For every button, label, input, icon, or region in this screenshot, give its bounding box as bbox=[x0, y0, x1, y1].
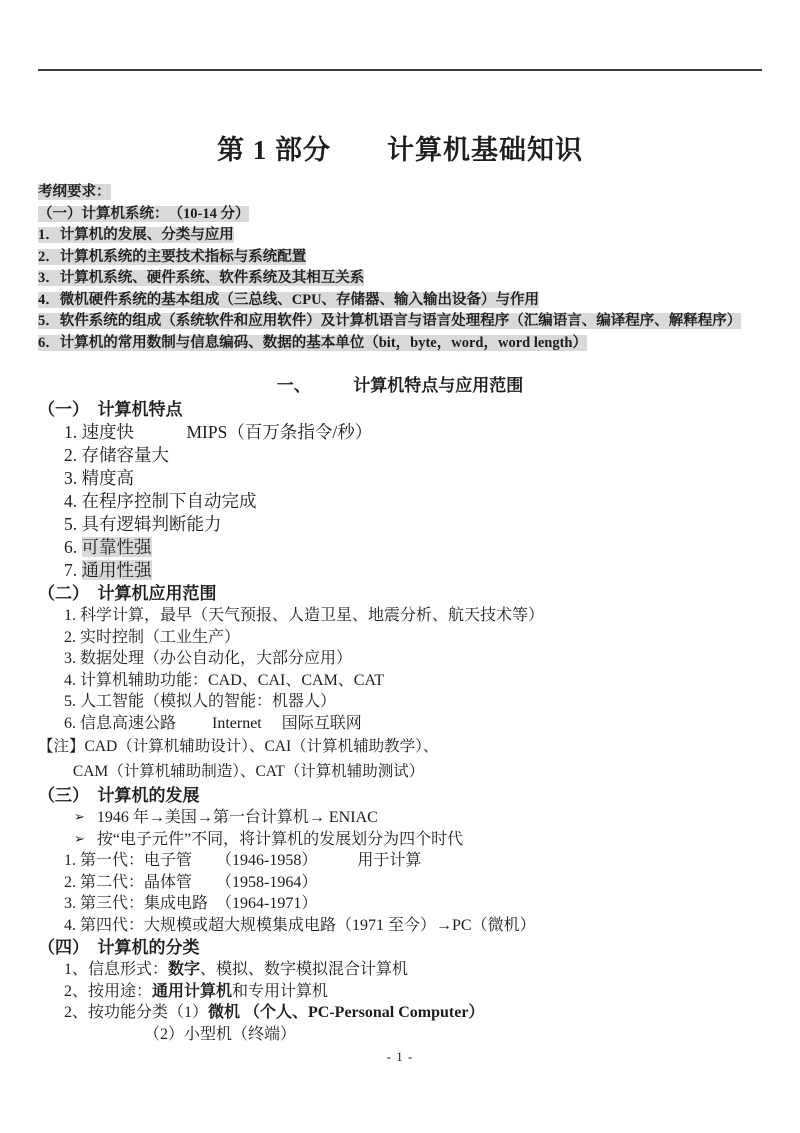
outline-section-heading: （一）计算机系统： （10-14 分） bbox=[38, 204, 762, 226]
item-text: 1、信息形式： bbox=[64, 961, 168, 978]
classification-sub-item: （2）小型机（终端） bbox=[144, 1024, 762, 1046]
item-text: 和专用计算机 bbox=[232, 983, 328, 1000]
outline-item-text: 3．计算机系统、硬件系统、软件系统及其相互关系 bbox=[38, 270, 364, 286]
classification-item: 2、按功能分类（1）微机 （个人、PC-Personal Computer） bbox=[64, 1002, 762, 1024]
document-content: 第 1 部分 计算机基础知识 考纲要求： （一）计算机系统： （10-14 分）… bbox=[0, 0, 800, 1045]
section-heading: 一、 计算机特点与应用范围 bbox=[38, 374, 762, 398]
page-title: 第 1 部分 计算机基础知识 bbox=[38, 130, 762, 170]
outline-item-text: 4．微机硬件系统的基本组成（三总线、CPU、存储器、输入输出设备）与作用 bbox=[38, 292, 539, 308]
feature-item: 3. 精度高 bbox=[64, 467, 762, 490]
highlighted-text: 可靠性强 bbox=[82, 537, 152, 557]
generation-item: 1. 第一代：电子管 （1946-1958） 用于计算 bbox=[64, 850, 762, 872]
application-item: 3. 数据处理（办公自动化，大部分应用） bbox=[64, 648, 762, 670]
subsection-heading-development: （三） 计算机的发展 bbox=[38, 784, 762, 807]
bullet-text: 按“电子元件”不同，将计算机的发展划分为四个时代 bbox=[97, 831, 463, 848]
bullet-line: ➢1946 年→美国→第一台计算机→ ENIAC bbox=[74, 807, 762, 829]
item-bold-text: 数字 bbox=[168, 961, 200, 978]
feature-item: 1. 速度快 MIPS（百万条指令/秒） bbox=[64, 421, 762, 444]
feature-item: 5. 具有逻辑判断能力 bbox=[64, 513, 762, 536]
item-text: 2、按功能分类（1） bbox=[64, 1004, 208, 1021]
bullet-line: ➢按“电子元件”不同，将计算机的发展划分为四个时代 bbox=[74, 829, 762, 851]
header-rule bbox=[38, 69, 762, 71]
outline-section-text: （一）计算机系统： （10-14 分） bbox=[38, 206, 249, 222]
subsection-heading-features: （一） 计算机特点 bbox=[38, 398, 762, 421]
subsection-heading-classification: （四） 计算机的分类 bbox=[38, 936, 762, 959]
outline-item: 6．计算机的常用数制与信息编码、数据的基本单位（bit，byte，word，wo… bbox=[38, 333, 762, 355]
exam-outline-block: 考纲要求： （一）计算机系统： （10-14 分） 1．计算机的发展、分类与应用… bbox=[38, 182, 762, 354]
item-number: 7. bbox=[64, 560, 82, 580]
item-bold-text: 通用计算机 bbox=[152, 983, 232, 1000]
outline-item: 4．微机硬件系统的基本组成（三总线、CPU、存储器、输入输出设备）与作用 bbox=[38, 290, 762, 312]
application-item: 2. 实时控制（工业生产） bbox=[64, 627, 762, 649]
application-item: 4. 计算机辅助功能：CAD、CAI、CAM、CAT bbox=[64, 670, 762, 692]
note-line: 【注】CAD（计算机辅助设计）、CAI（计算机辅助教学）、 bbox=[38, 734, 762, 759]
generation-item: 3. 第三代：集成电路 （1964-1971） bbox=[64, 893, 762, 915]
feature-item-highlighted: 7. 通用性强 bbox=[64, 559, 762, 582]
arrow-bullet-icon: ➢ bbox=[74, 828, 85, 850]
bullet-text: 1946 年→美国→第一台计算机→ ENIAC bbox=[97, 809, 378, 826]
feature-item: 2. 存储容量大 bbox=[64, 444, 762, 467]
item-text: 、模拟、数字模拟混合计算机 bbox=[200, 961, 408, 978]
application-item: 6. 信息高速公路 Internet 国际互联网 bbox=[64, 713, 762, 735]
document-page: 第 1 部分 计算机基础知识 考纲要求： （一）计算机系统： （10-14 分）… bbox=[0, 0, 800, 1133]
outline-item-text: 2．计算机系统的主要技术指标与系统配置 bbox=[38, 249, 306, 265]
arrow-bullet-icon: ➢ bbox=[74, 806, 85, 828]
application-item: 5. 人工智能（模拟人的智能：机器人） bbox=[64, 691, 762, 713]
feature-item-highlighted: 6. 可靠性强 bbox=[64, 536, 762, 559]
highlighted-text: 通用性强 bbox=[82, 560, 152, 580]
item-text: 2、按用途： bbox=[64, 983, 152, 1000]
classification-item: 2、按用途：通用计算机和专用计算机 bbox=[64, 981, 762, 1003]
subsection-heading-applications: （二） 计算机应用范围 bbox=[38, 582, 762, 605]
feature-item: 4. 在程序控制下自动完成 bbox=[64, 490, 762, 513]
note-line: CAM（计算机辅助制造）、CAT（计算机辅助测试） bbox=[38, 759, 762, 784]
application-item: 1. 科学计算，最早（天气预报、人造卫星、地震分析、航天技术等） bbox=[64, 605, 762, 627]
item-number: 6. bbox=[64, 537, 82, 557]
outline-heading: 考纲要求： bbox=[38, 182, 762, 204]
outline-item-text: 1．计算机的发展、分类与应用 bbox=[38, 227, 234, 243]
classification-item: 1、信息形式：数字、模拟、数字模拟混合计算机 bbox=[64, 959, 762, 981]
page-number: - 1 - bbox=[0, 1048, 800, 1066]
outline-heading-text: 考纲要求： bbox=[38, 184, 111, 200]
outline-item-text: 5．软件系统的组成（系统软件和应用软件）及计算机语言与语言处理程序（汇编语言、编… bbox=[38, 313, 741, 329]
outline-item-text: 6．计算机的常用数制与信息编码、数据的基本单位（bit，byte，word，wo… bbox=[38, 335, 587, 351]
outline-item: 3．计算机系统、硬件系统、软件系统及其相互关系 bbox=[38, 268, 762, 290]
generation-item: 2. 第二代：晶体管 （1958-1964） bbox=[64, 872, 762, 894]
outline-item: 2．计算机系统的主要技术指标与系统配置 bbox=[38, 247, 762, 269]
generation-item: 4. 第四代：大规模或超大规模集成电路（1971 至今）→PC（微机） bbox=[64, 915, 762, 937]
outline-item: 1．计算机的发展、分类与应用 bbox=[38, 225, 762, 247]
outline-item: 5．软件系统的组成（系统软件和应用软件）及计算机语言与语言处理程序（汇编语言、编… bbox=[38, 311, 762, 333]
item-bold-text: 微机 （个人、PC-Personal Computer） bbox=[208, 1004, 484, 1021]
